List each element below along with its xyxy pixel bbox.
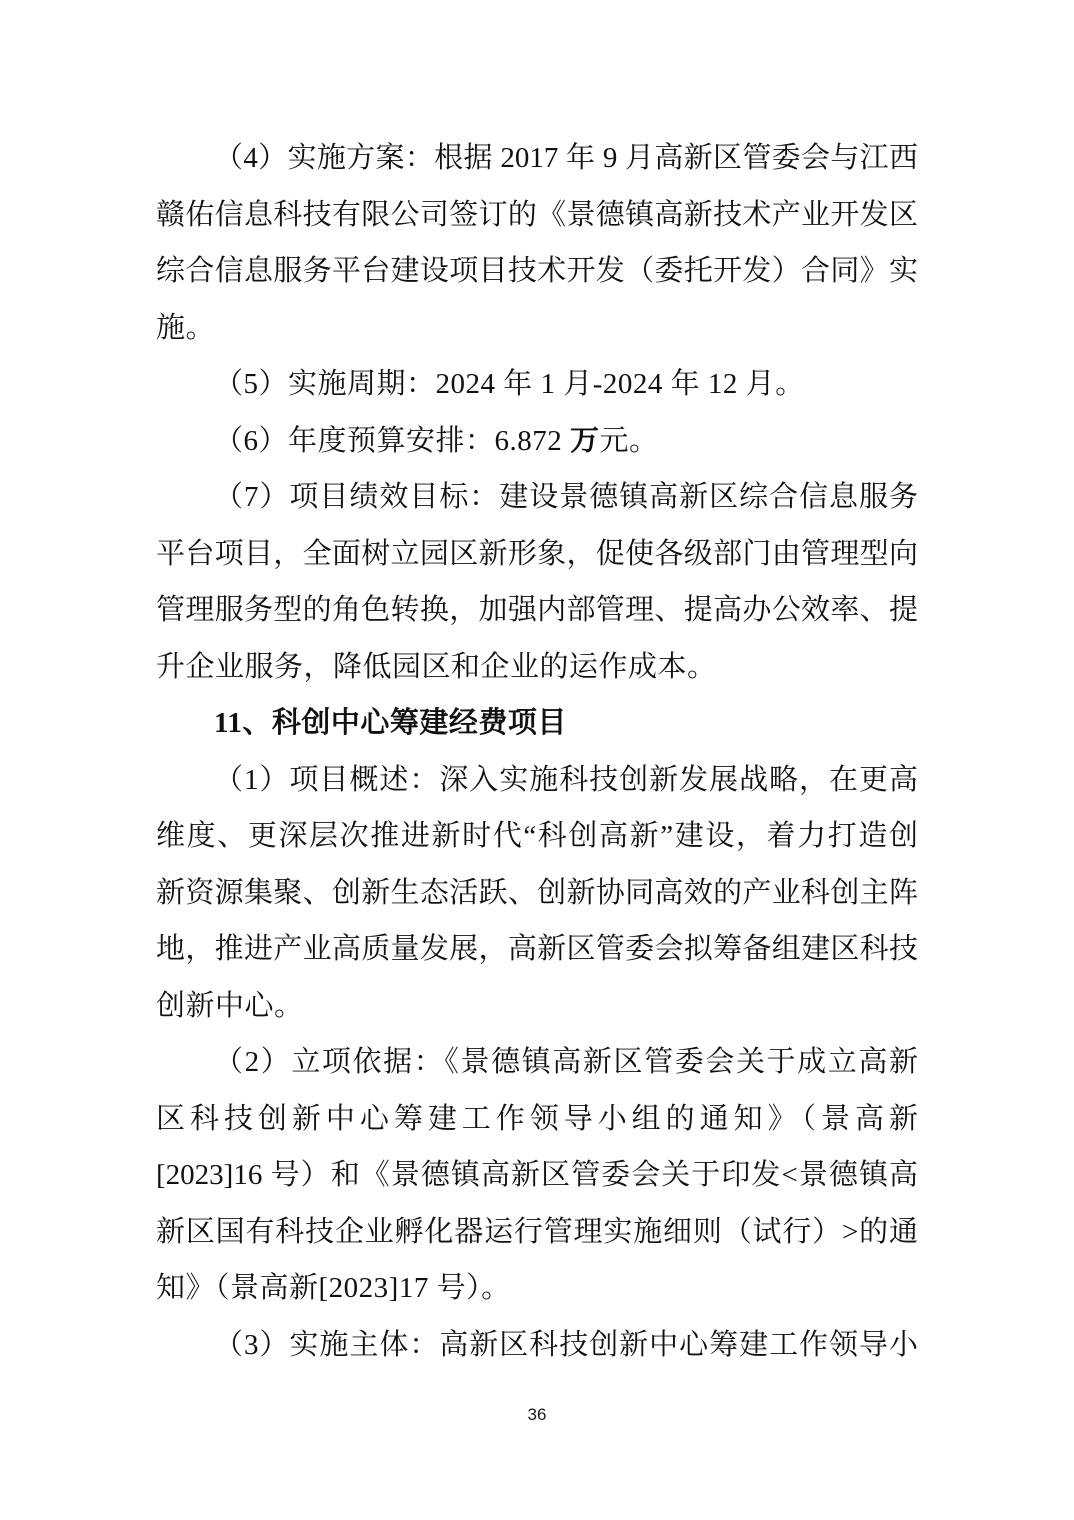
text-line: （6）年度预算安排：6.872 万元。 [156,413,918,470]
text-line: 管理服务型的角色转换，加强内部管理、提高办公效率、提 [156,582,918,639]
text-line: [2023]16 号）和《景德镇高新区管委会关于印发<景德镇高 [156,1147,918,1204]
text-line: 创新中心。 [156,978,918,1035]
text-line: （1）项目概述：深入实施科技创新发展战略，在更高 [156,752,918,809]
page-number: 36 [0,1402,1074,1428]
text-line: 新资源集聚、创新生态活跃、创新协同高效的产业科创主阵 [156,865,918,922]
text-line: 综合信息服务平台建设项目技术开发（委托开发）合同》实 [156,243,918,300]
text-line: 地，推进产业高质量发展，高新区管委会拟筹备组建区科技 [156,921,918,978]
text-line: 施。 [156,300,918,357]
text-line: 区科技创新中心筹建工作领导小组的通知》（景高新 [156,1091,918,1148]
document-page: （4）实施方案：根据 2017 年 9 月高新区管委会与江西赣佑信息科技有限公司… [0,0,1074,1520]
text-line: （3）实施主体：高新区科技创新中心筹建工作领导小 [156,1317,918,1374]
document-body: （4）实施方案：根据 2017 年 9 月高新区管委会与江西赣佑信息科技有限公司… [156,130,918,1373]
heading-line: 11、科创中心筹建经费项目 [156,695,918,752]
text-line: 维度、更深层次推进新时代“科创高新”建设，着力打造创 [156,808,918,865]
text-line: 知》（景高新[2023]17 号）。 [156,1260,918,1317]
text-line: 新区国有科技企业孵化器运行管理实施细则（试行）>的通 [156,1204,918,1261]
text-line: 赣佑信息科技有限公司签订的《景德镇高新技术产业开发区 [156,187,918,244]
text-line: （7）项目绩效目标：建设景德镇高新区综合信息服务 [156,469,918,526]
text-line: 平台项目，全面树立园区新形象，促使各级部门由管理型向 [156,526,918,583]
text-run: （6）年度预算安排：6.872 [214,425,570,457]
text-line: 升企业服务，降低园区和企业的运作成本。 [156,639,918,696]
text-line: （5）实施周期：2024 年 1 月-2024 年 12 月。 [156,356,918,413]
text-line: （2）立项依据：《景德镇高新区管委会关于成立高新 [156,1034,918,1091]
text-line: （4）实施方案：根据 2017 年 9 月高新区管委会与江西 [156,130,918,187]
text-run: 元。 [600,425,659,457]
emphasis-run: 万 [570,425,600,457]
